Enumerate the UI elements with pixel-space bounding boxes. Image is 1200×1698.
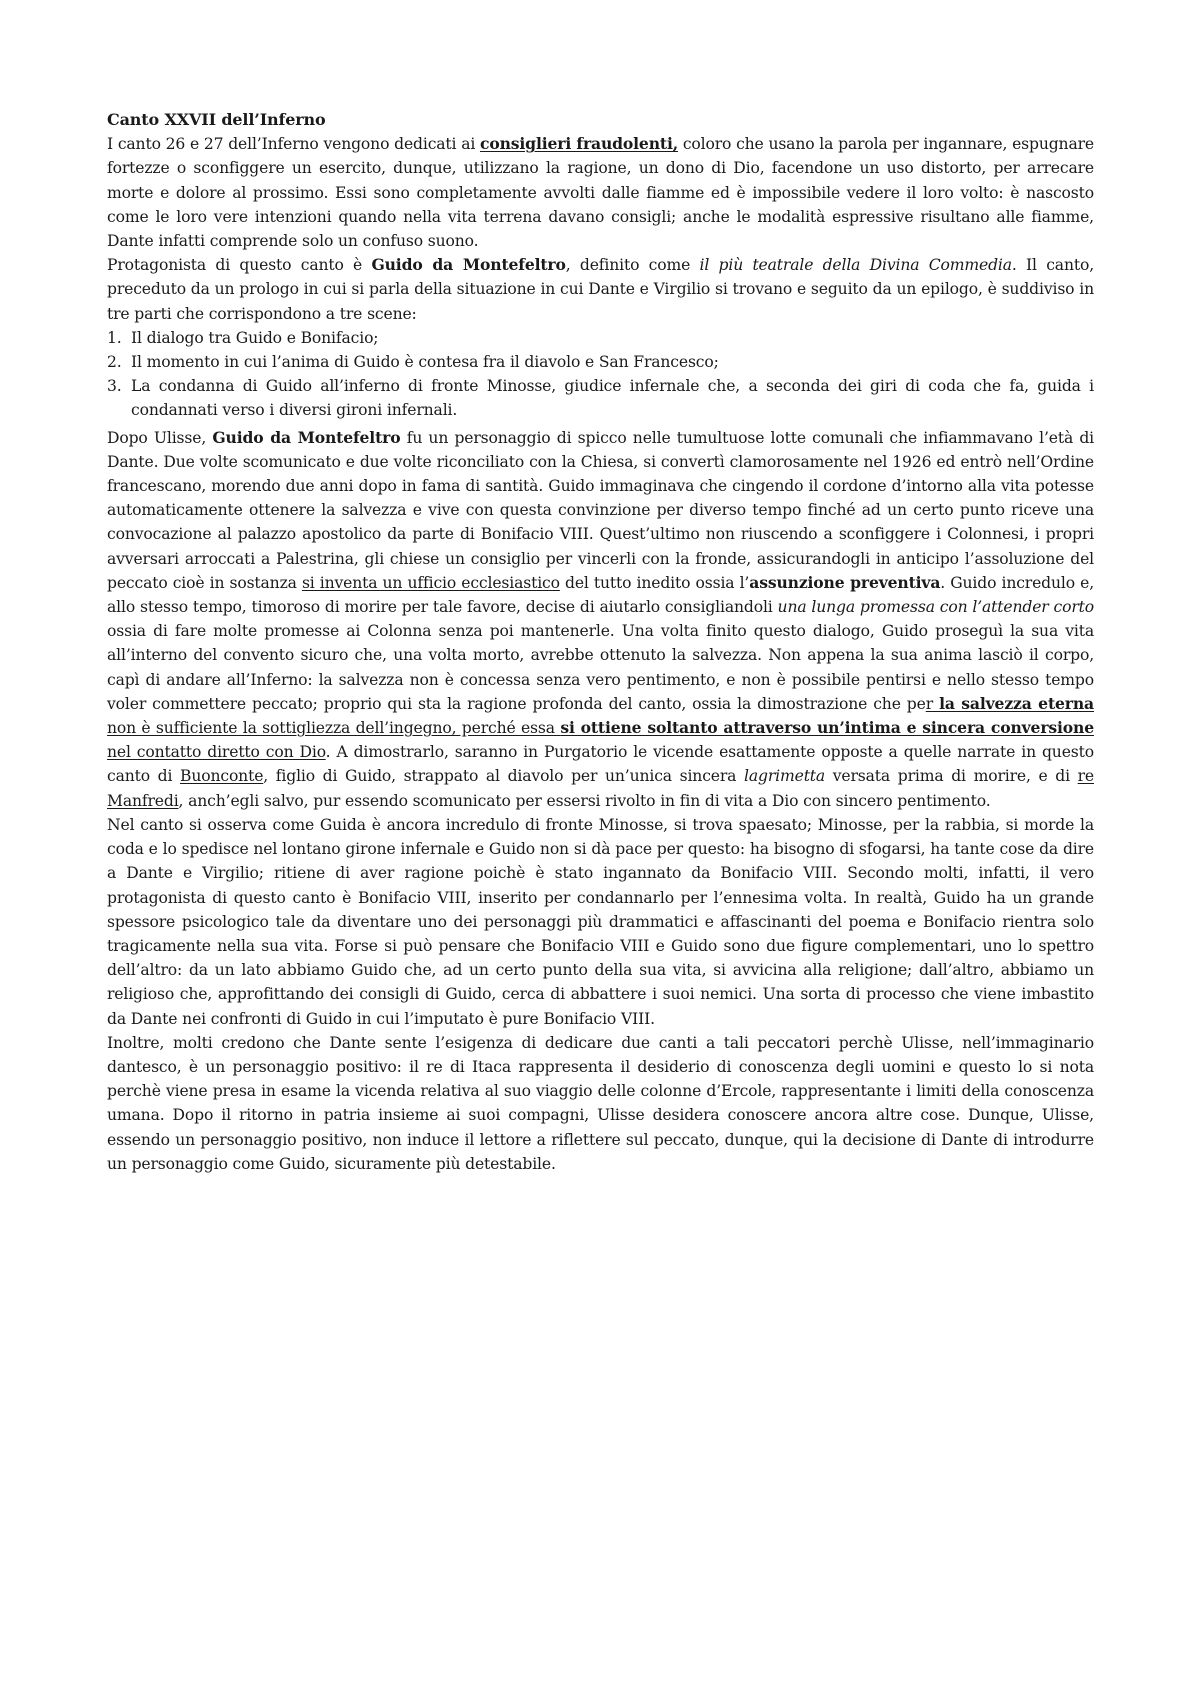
text-run: , anch’egli salvo, pur essendo scomunica… (179, 792, 991, 810)
list-number: 3. (107, 374, 122, 398)
list-item: 3.La condanna di Guido all’inferno di fr… (107, 374, 1094, 422)
paragraph-ulisse: Inoltre, molti credono che Dante sente l… (107, 1031, 1094, 1176)
text-run: , definito come (566, 256, 700, 274)
emphasis-guido: Guido da Montefeltro (371, 255, 565, 274)
text-run: Dopo Ulisse, (107, 429, 212, 447)
underline-run: nel contatto diretto con Dio (107, 743, 326, 761)
document-page: Canto XXVII dell’Inferno I canto 26 e 27… (107, 108, 1094, 1176)
list-text: La condanna di Guido all’inferno di fron… (131, 377, 1094, 419)
list-text: Il dialogo tra Guido e Bonifacio; (131, 329, 378, 347)
emphasis-guido: Guido da Montefeltro (212, 428, 400, 447)
list-text: Il momento in cui l’anima di Guido è con… (131, 353, 719, 371)
text-run: versata prima di morire, e di (825, 767, 1078, 785)
paragraph-minosse: Nel canto si osserva come Guida è ancora… (107, 813, 1094, 1031)
emphasis-consiglieri-fraudolenti: consiglieri fraudolenti, (480, 134, 678, 153)
underline-buonconte: Buonconte (180, 767, 263, 785)
paragraph-intro: I canto 26 e 27 dell’Inferno vengono ded… (107, 132, 1094, 253)
list-item: 2.Il momento in cui l’anima di Guido è c… (107, 350, 1094, 374)
list-item: 1.Il dialogo tra Guido e Bonifacio; (107, 326, 1094, 350)
paragraph-guido-story: Dopo Ulisse, Guido da Montefeltro fu un … (107, 426, 1094, 813)
emphasis-salvezza-eterna: la salvezza eterna (939, 694, 1094, 713)
scenes-list: 1.Il dialogo tra Guido e Bonifacio; 2.Il… (107, 326, 1094, 423)
list-number: 2. (107, 350, 122, 374)
text-run: , figlio di Guido, strappato al diavolo … (263, 767, 744, 785)
underline-run: r (926, 695, 939, 713)
paragraph-protagonist: Protagonista di questo canto è Guido da … (107, 253, 1094, 326)
list-number: 1. (107, 326, 122, 350)
quote-lagrimetta: lagrimetta (744, 767, 825, 785)
text-run: del tutto inedito ossia l’ (560, 574, 749, 592)
underline-run: non è sufficiente la sottigliezza dell’i… (107, 719, 560, 737)
quote-promessa: una lunga promessa con l’attender corto (778, 598, 1094, 616)
text-run: I canto 26 e 27 dell’Inferno vengono ded… (107, 135, 480, 153)
document-title: Canto XXVII dell’Inferno (107, 108, 1094, 132)
underline-ufficio: si inventa un ufficio ecclesiastico (302, 574, 560, 592)
text-run: Protagonista di questo canto è (107, 256, 371, 274)
emphasis-assunzione: assunzione preventiva (749, 573, 940, 592)
text-run: fu un personaggio di spicco nelle tumult… (107, 429, 1094, 592)
quote-teatrale: il più teatrale della Divina Commedia (700, 256, 1012, 274)
emphasis-conversione: si ottiene soltanto attraverso un’intima… (560, 718, 1094, 737)
